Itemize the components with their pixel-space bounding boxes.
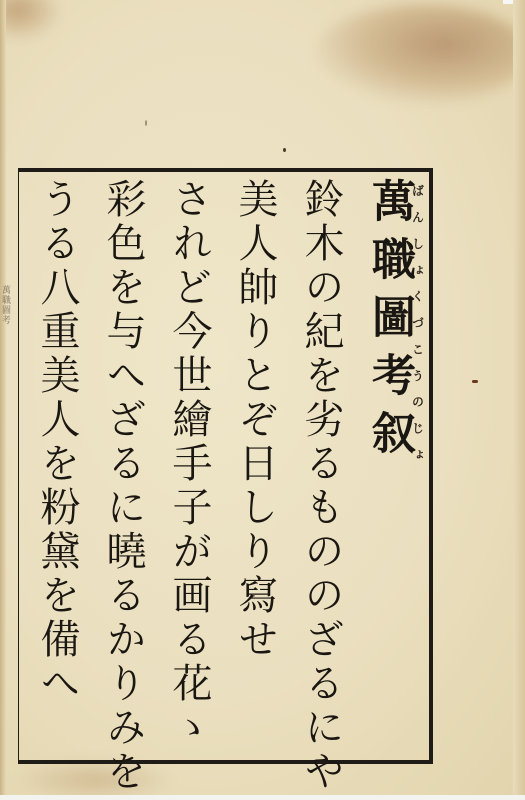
ink-speck [145, 120, 147, 126]
title-text: 萬職圖考叙 [364, 178, 415, 468]
water-stain-top-left [0, 0, 60, 40]
page-right-edge [513, 0, 525, 795]
text-column-5: うる八重美人を粉黛を備へ [24, 178, 90, 753]
text-column-4: 彩色を与へざるに曉るかりみを [90, 178, 156, 753]
ink-speck [472, 380, 478, 383]
book-page: 萬職圖考 萬職圖考叙ばんしょくづこうのじょ 鈴木の紀を劣るもののざるにや 美人帥… [0, 0, 525, 795]
water-stain-top-right [315, 4, 525, 104]
title-reading: ばんしょくづこうのじょ [411, 178, 425, 468]
spine-edge [0, 0, 6, 795]
ink-speck [283, 148, 286, 152]
vertical-text-block: 萬職圖考叙ばんしょくづこうのじょ 鈴木の紀を劣るもののざるにや 美人帥りとぞ日し… [24, 178, 424, 753]
water-stain-bottom-left [20, 760, 170, 795]
title-column: 萬職圖考叙ばんしょくづこうのじょ [354, 178, 424, 753]
spine-label: 萬職圖考 [2, 285, 12, 325]
text-column-3: されど今世繪手子が画る花ゝ [156, 178, 222, 753]
text-column-1: 鈴木の紀を劣るもののざるにや [288, 178, 354, 753]
text-column-2: 美人帥りとぞ日しり寫せ [222, 178, 288, 753]
